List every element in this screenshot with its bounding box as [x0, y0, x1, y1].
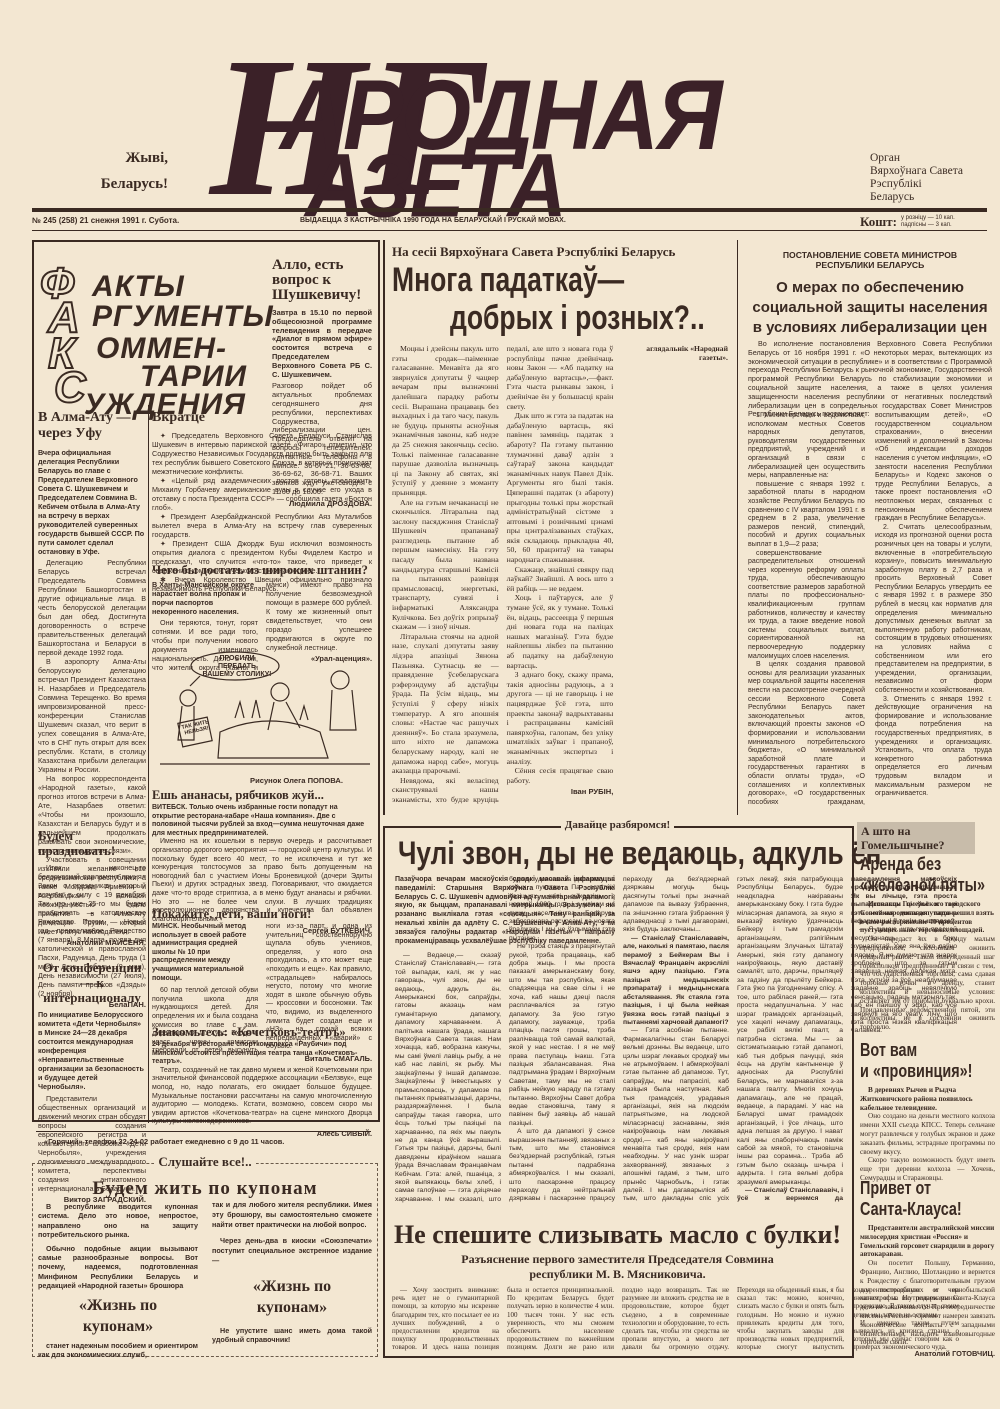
body: Он посетит Польшу, Германию, Францию, Ан… — [860, 1259, 995, 1347]
decree-headline: О мерах по обеспечению социальной защиты… — [745, 278, 995, 338]
headline: Знакомьтесь: «Кочетковъ-театръ» — [152, 1025, 372, 1039]
brochure-title: «Жизнь по купонам» — [212, 1276, 372, 1318]
headline: Чего бы достать из широких штанин? — [152, 563, 372, 577]
headline: Вот вам и «провинция»! — [860, 1040, 968, 1082]
paragraph: Делегацию Республики Беларусь встречал П… — [38, 558, 146, 657]
lead: В деревнях Рычев и Рыдча Житковичского р… — [860, 1086, 995, 1112]
organ-line: Рэспублікі — [870, 178, 963, 191]
organ-line: Беларусь — [870, 191, 963, 204]
faks-word: РГУМЕНТЫ — [92, 300, 274, 334]
paragraph: Обычно подобные акции вызывают самые раз… — [38, 1244, 198, 1291]
article-session: Моцны і дзейсны пакуль што гэты сродак—п… — [392, 344, 728, 814]
slogan-line: Беларусь! — [88, 171, 168, 197]
paragraph: 1. Министерствам и ведомствам, исполкома… — [748, 412, 865, 481]
headline-line: О мерах по обеспечению — [745, 278, 995, 298]
headline: Аренда без «железной пяты» — [860, 854, 968, 896]
headline-line: в условиях либерализации цен — [745, 318, 995, 338]
newspaper-logo: НГ АРОДНАЯ АЗЕТА — [110, 50, 790, 200]
body: Театр, созданный не так давно мужем и же… — [152, 1067, 372, 1127]
kicker-line: ПОСТАНОВЛЕНИЕ СОВЕТА МИНИСТРОВ — [745, 250, 995, 260]
organ-line: Вярхоўнага Савета — [870, 165, 963, 178]
price-subscription: падпісны — 3 кап. — [901, 222, 952, 228]
credits-subtitle: Разъяснение первого заместителя Председа… — [385, 1252, 850, 1282]
lead: Представители австралийской миссии милос… — [860, 1224, 995, 1259]
headline: Алло, есть вопрос к Шушкевичу! — [272, 258, 372, 303]
credits-headline: Не спешите слизывать масло с булки! — [385, 1220, 850, 1250]
byline: Анатолий ГОТОВЧИЦ. — [860, 1349, 995, 1358]
publication-note: ВЫДАЕЦЦА З КАСТРЫЧНІКА 1990 ГОДА НА БЕЛА… — [300, 217, 566, 224]
coupon-col-1: В республике вводится купонная система. … — [38, 1202, 198, 1359]
faks-logo: Ф А К С АКТЫ РГУМЕНТЫ ОММЕН- ТАРИИ УЖДЕН… — [40, 262, 270, 402]
faks-word: АКТЫ — [92, 270, 185, 304]
brief-text: «Целый ряд академических постов готовы п… — [152, 476, 372, 512]
lead: ВИТЕБСК. Только очень избранные гости по… — [152, 804, 372, 838]
paragraph: Хоць і паўтаруся, але ў тумане ўсё, як у… — [507, 593, 614, 670]
headline: Привет от Санта-Клауса! — [860, 1178, 968, 1220]
paragraph: 3. Отменить с января 1992 г. действующие… — [875, 696, 992, 799]
paragraph: Сёння сесія працягвае сваю работу. — [507, 766, 614, 785]
paragraph: Літаральна стоячы на адной назе, слухалі… — [392, 632, 499, 776]
paragraph: 2. Считать целесообразным, исходя из про… — [875, 524, 992, 696]
issue-info: № 245 (258) 21 снежня 1991 г. Субота. — [32, 216, 179, 225]
headline-line: добрых і розных?.. — [450, 300, 705, 336]
paragraph: Через день-два в киоски «Союзпечати» пос… — [212, 1236, 372, 1266]
brief-item: ✦ Президент Азербайджанской Республики А… — [152, 512, 372, 539]
paragraph: Скажаце, знайшлі свякру пад лаўкай? Знай… — [507, 565, 614, 594]
headline: Покажите, дети, ваши ноги! — [152, 907, 372, 921]
interview-body: — Ведаеце,— сказаў Станіслаў Станіславав… — [395, 876, 843, 1206]
masthead-rule — [32, 208, 987, 212]
brochure-title: «Жизнь по купонам» — [38, 1295, 198, 1337]
kicker-text: Слушайте все!.. — [154, 1154, 255, 1169]
price-block: Кошт: у розніцу — 10 кап. падпісны — 3 к… — [860, 214, 955, 230]
header-bottom-rule — [32, 230, 987, 231]
paragraph: В аэропорту Алма-Аты белорусскую делегац… — [38, 657, 146, 774]
slogan-line: Жыві, — [88, 145, 168, 171]
region-kicker: А што на Гомельшчыне? — [857, 822, 975, 854]
article-rent: Аренда без «железной пяты» Исполком Гоме… — [860, 854, 995, 1032]
kicker-line: РЕСПУБЛИКИ БЕЛАРУСЬ — [745, 260, 995, 270]
paragraph: Дык што ж гэта за падатак на дабаўленую … — [507, 411, 614, 565]
organ-line: Орган — [870, 152, 963, 165]
headline: В Алма-Ату — через Уфу — [38, 410, 146, 442]
brochure-line: купонам» — [38, 1316, 198, 1337]
lead-spacer — [395, 876, 501, 952]
paragraph: В республике вводится купонная система. … — [38, 1202, 198, 1240]
lead: 24 декабря в ресторане спорткомплекса «Р… — [152, 1041, 372, 1067]
headline-line: Вот вам — [860, 1040, 968, 1061]
coupon-kicker: Слушайте все!.. — [32, 1154, 378, 1170]
paragraph: повышение с января 1992 г. заработной пл… — [748, 481, 865, 550]
brochure-line: купонам» — [212, 1297, 372, 1318]
interview-headline: Чулі звон, ды не ведаюць, адкуль ён — [398, 836, 881, 870]
lead: Исполком Гомельского городского Совета н… — [860, 900, 995, 935]
byline-title: аглядальнік «Народнай газеты». — [621, 344, 728, 362]
paragraph: Не упустите шанс иметь дома такой удобны… — [212, 1326, 372, 1345]
interview-kicker: Давайце разбяромся! — [383, 819, 852, 831]
headline-line: Привет от — [860, 1178, 968, 1199]
body: Он передаст их в аренду малым предприяти… — [860, 935, 995, 1032]
lead: По инициативе Белорусского комитета «Дет… — [38, 1010, 146, 1091]
brief-text: Президент Азербайджанской Республики Аяз… — [152, 512, 372, 539]
decree-body: 1. Министерствам и ведомствам, исполкома… — [748, 412, 992, 812]
question: — Станіслаў Станіслававіч, але, наколькі… — [623, 935, 729, 1027]
cartoon: ПРОСИЛИ ПЕРЕДАТЬ ВАШЕМУ СТОЛИКУ! ТАК ЖИТ… — [160, 640, 370, 765]
headline: Будем праздновать! — [38, 828, 146, 858]
byline: Іван РУБІН, — [507, 787, 614, 796]
paragraph: Оно создано на деньги местного колхоза и… — [860, 1112, 995, 1156]
price-values: у розніцу — 10 кап. падпісны — 3 кап. — [901, 215, 955, 229]
headline-line: Санта-Клауса! — [860, 1199, 968, 1220]
paragraph: Моцны і дзейсны пакуль што гэты сродак—п… — [392, 344, 499, 498]
subtitle-line: республики М. В. Мясниковича. — [385, 1267, 850, 1282]
brief-item: ✦ «Целый ряд академических постов готовы… — [152, 476, 372, 512]
headline-line: Аренда без — [860, 854, 968, 875]
subtitle-line: Разъяснение первого заместителя Председа… — [385, 1252, 850, 1267]
headline-line: Многа падаткаў— — [392, 262, 624, 298]
right-rule — [737, 240, 738, 815]
brief-item: ✦ Председатель Верховного Совета Беларус… — [152, 431, 372, 476]
cartoon-speech-bubble: ПРОСИЛИ ПЕРЕДАТЬ ВАШЕМУ СТОЛИКУ! — [202, 655, 272, 679]
credits-body: — Хочу заострить внимание: речь идет не … — [392, 1286, 844, 1352]
paragraph: совершенствование распределительных отно… — [748, 550, 865, 662]
article-kicker: На сесіі Вярхоўнага Савета Рэспублікі Бе… — [392, 244, 675, 260]
lead: Вчера официальная делегация Республики Б… — [38, 448, 146, 556]
faks-letter: С — [54, 366, 86, 410]
paragraph: З аднаго боку, скажу прама, такія адносі… — [507, 670, 614, 766]
headline-line: и «провинция»! — [860, 1061, 968, 1082]
headline-line: социальной защиты населения — [745, 298, 995, 318]
decree-preamble: Во исполнение постановления Верховного С… — [748, 340, 992, 419]
column-divider — [148, 405, 149, 1123]
headline: От конференции — к интернационалу — [38, 960, 146, 1005]
article-theatre: Знакомьтесь: «Кочетковъ-театръ» 24 декаб… — [152, 1025, 372, 1138]
lead: Завтра в 15.10 по первой общесоюзной про… — [272, 309, 372, 379]
headline: Вкратце — [152, 410, 372, 426]
headline-line: «железной пяты» — [860, 875, 968, 896]
slogan: Жыві, Беларусь! — [88, 145, 168, 197]
hotline-rule — [36, 1131, 371, 1132]
coupon-col-2: так и для любого жителя республики. Имея… — [212, 1200, 372, 1345]
center-left-rule — [383, 240, 385, 815]
article-cable-tv: Вот вам и «провинция»! В деревнях Рычев … — [860, 1040, 995, 1183]
paragraph: так и для любого жителя республики. Имея… — [212, 1200, 372, 1230]
organ-label: Орган Вярхоўнага Савета Рэспублікі Белар… — [870, 152, 963, 204]
paragraph: Не трэба стаяць з працягнутай рукой, трэ… — [509, 943, 615, 1128]
lead: В Ханты-Мансийском округе нарастает волн… — [152, 580, 258, 616]
cartoon-credit: Рисунок Олега ПОПОВА. — [250, 776, 343, 785]
kicker-text: Давайце разбяромся! — [561, 819, 674, 831]
article-santa: Привет от Санта-Клауса! Представители ав… — [860, 1178, 995, 1358]
brief-text: Председатель Верховного Совета Беларуси … — [152, 431, 372, 476]
paragraph: Але на гэтым нечаканасці не скончыліся. … — [392, 498, 499, 632]
paragraph: станет надежным пособием и ориентиром ка… — [38, 1341, 198, 1360]
brochure-line: «Жизнь по — [38, 1295, 198, 1316]
lead: МИНСК. Необычный метод использует в свое… — [152, 923, 258, 983]
headline: Ешь ананасы, рябчиков жуй... — [152, 788, 372, 802]
hotline-note: «Горячий» телефон 32-24-02 работает ежед… — [44, 1137, 284, 1146]
decree-kicker: ПОСТАНОВЛЕНИЕ СОВЕТА МИНИСТРОВ РЕСПУБЛИК… — [745, 250, 995, 270]
brochure-line: «Жизнь по — [212, 1276, 372, 1297]
price-label: Кошт: — [860, 214, 897, 230]
coupon-headline: Будем жить по купонам — [32, 1178, 378, 1200]
price-retail: у розніцу — 10 кап. — [901, 215, 955, 221]
